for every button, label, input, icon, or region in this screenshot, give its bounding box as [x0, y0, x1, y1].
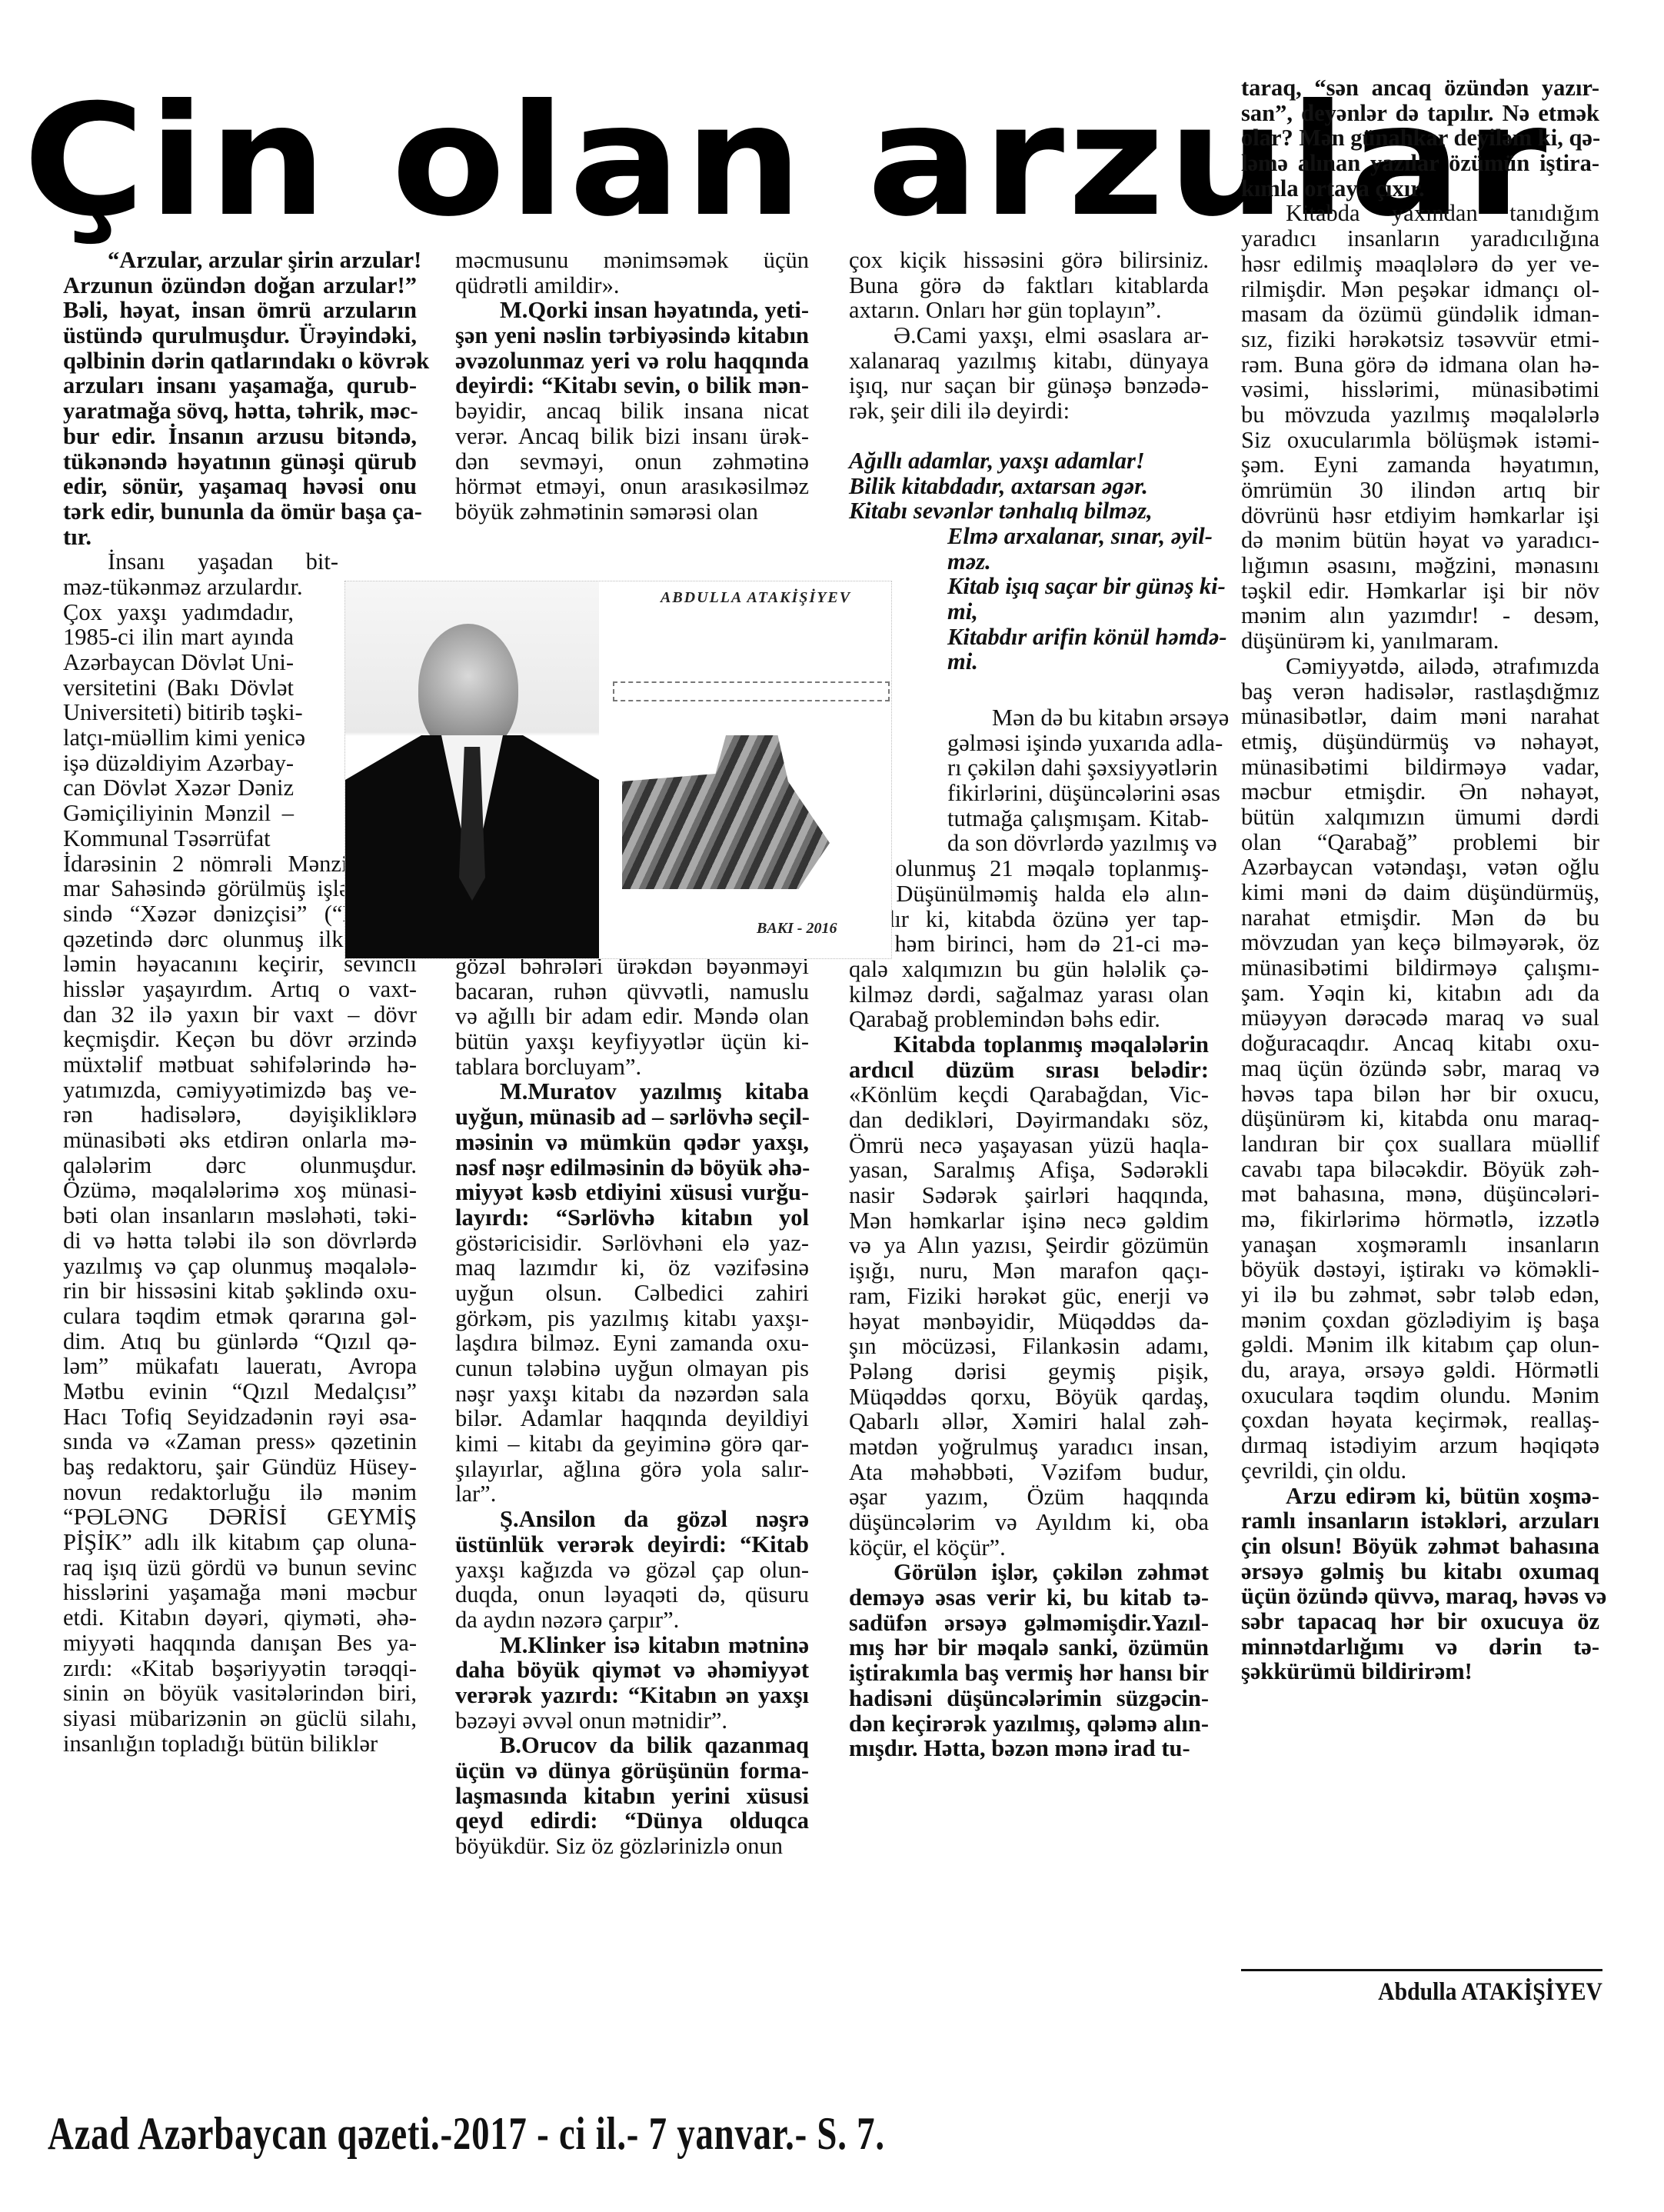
article-paragraph: Arzu edirəm ki, bütün xoşmə-ramlı insanl…	[1241, 1484, 1599, 1685]
text-line: bəzəyi əvvəl onun mətnidir”.	[455, 1708, 809, 1734]
text-line: bəti olan insanların məsləhəti, təki-	[63, 1203, 417, 1228]
text-line: şən yeni nəslin tərbiyəsində kitabın	[455, 323, 809, 348]
article-paragraph: məcmusunu mənimsəmək üçünqüdrətli amildi…	[455, 248, 809, 298]
text-line: həvəs tapa bilən hər bir oxucu,	[1241, 1081, 1599, 1107]
text-line: üçün və dünya görüşünün forma-	[455, 1758, 809, 1784]
text-line: rək, şeir dili ilə deyirdi:	[849, 398, 1209, 424]
text-line: bütün xalqımızın ümumi dərdi	[1241, 805, 1599, 830]
text-line: Arzu edirəm ki, bütün xoşmə-	[1241, 1484, 1599, 1509]
text-line: baş redaktoru, şair Gündüz Hüsey-	[63, 1454, 417, 1480]
article-paragraph: M.Qorki insan həyatında, yeti-şən yeni n…	[455, 298, 809, 524]
text-line: Pələng dərisi geymiş pişik,	[849, 1359, 1209, 1384]
text-line: gəlməsi işində yuxarıda adla-	[947, 731, 1209, 756]
text-line: kilməz dərdi, sağalmaz yarası olan	[849, 982, 1209, 1008]
text-line: tır.	[63, 525, 417, 550]
text-line: etmiş, düşündürmüş və nəhayət,	[1241, 729, 1599, 755]
text-line: Universiteti) bitirib təşki-	[63, 700, 294, 725]
signature-rule	[1241, 1969, 1602, 1971]
poem-line: mi,	[947, 599, 1209, 625]
text-line: köçür, el köçür”.	[849, 1535, 1209, 1561]
text-line: şəkkürümü bildirirəm!	[1241, 1659, 1599, 1684]
text-line: Özümə, məqalələrimə xoş münasi-	[63, 1178, 417, 1203]
text-line: Qarabağ problemindən bəhs edir.	[849, 1007, 1209, 1032]
text-line: həyat mənbəyidir, Müqəddəs da-	[849, 1309, 1209, 1334]
text-line: məcmusunu mənimsəmək üçün	[455, 248, 809, 273]
text-line: və ağıllı bir adam edir. Məndə olan	[455, 1004, 809, 1029]
text-line: hisslər yaşayırdım. Artıq o vaxt-	[63, 977, 417, 1002]
text-line: Mətbu evinin “Qızıl Medalçısı”	[63, 1379, 417, 1404]
text-line: nəsf nəşr edilməsinin də böyük əhə-	[455, 1155, 809, 1181]
text-line: mənim çoxdan gözlədiyim iş başa	[1241, 1308, 1599, 1333]
text-line: axtarın. Onları hər gün toplayın”.	[849, 298, 1209, 323]
text-line: uyğun olsun. Cəlbedici zahiri	[455, 1281, 809, 1306]
text-line: di və hətta tələbi ilə son dövrlərdə	[63, 1228, 417, 1254]
text-line: vəsimi, hisslərimi, münasibətimi	[1241, 377, 1599, 402]
text-line: “PƏLƏNG DƏRİSİ GEYMİŞ	[63, 1504, 417, 1530]
text-line: culara təqdim etmək qərarına gəl-	[63, 1304, 417, 1329]
text-line: insanlığın topladığı bütün biliklər	[63, 1731, 417, 1757]
text-line: çevrildi, çin oldu.	[1241, 1458, 1599, 1484]
article-paragraph: Ş.Ansilon da gözəl nəşrəüstünlük verərək…	[455, 1507, 809, 1632]
book-cover: ABDULLA ATAKİŞİYEV BAKI - 2016	[607, 581, 891, 958]
text-line: məz-tükənməz arzulardır.	[63, 575, 294, 600]
article-paragraph: M.Klinker isə kitabın mətninədaha böyük …	[455, 1633, 809, 1734]
text-line: şın möcüzəsi, Filankəsin adamı,	[849, 1334, 1209, 1359]
text-line: layırdı: “Sərlövhə kitabın yol	[455, 1205, 809, 1231]
text-line: yazılmış və çap olunmuş məqalələ-	[63, 1254, 417, 1279]
text-line: yanaşan xoşməramlı insanların	[1241, 1232, 1599, 1258]
text-line: məsinin və mümkün qədər yaxşı,	[455, 1130, 809, 1155]
text-line: şam. Yəqin ki, kitabın adı da	[1241, 981, 1599, 1006]
article-column-1: “Arzular, arzular şirin arzular!Arzunun …	[63, 248, 417, 1756]
text-line: «Könlüm keçdi Qarabağdan, Vic-	[849, 1082, 1209, 1108]
poem-line: məz.	[947, 549, 1209, 575]
article-column-2-top: məcmusunu mənimsəmək üçünqüdrətli amildi…	[455, 248, 809, 525]
text-line: işıq, nur saçan bir günəşə bənzədə-	[849, 373, 1209, 398]
text-line: bu mövzuda yazılmış məqalələrlə	[1241, 402, 1599, 428]
text-line: Çox yaxşı yadımdadır,	[63, 600, 294, 625]
text-line: üstünlük verərək deyirdi: “Kitab	[455, 1532, 809, 1557]
text-line: Arzunun özündən doğan arzular!”	[63, 273, 417, 298]
text-line: Bəli, həyat, insan ömrü arzuların	[63, 298, 417, 323]
text-line: Azərbaycan Dövlət Uni-	[63, 650, 294, 675]
text-line: 1985-ci ilin mart ayında	[63, 625, 294, 650]
text-line: göstəricisidir. Sərlövhəni elə yaz-	[455, 1231, 809, 1256]
text-line: mə, fikirlərimə hörmətlə, izzətlə	[1241, 1207, 1599, 1232]
text-line: verərək yazırdı: “Kitabın ən yaxşı	[455, 1683, 809, 1708]
text-line: doğuracaqdır. Ancaq kitabı oxu-	[1241, 1031, 1599, 1056]
text-line: düşüncələrim və Ayıldım ki, oba	[849, 1510, 1209, 1535]
article-paragraph: gözəl bəhrələri ürəkdən bəyənməyibacaran…	[455, 954, 809, 1079]
text-line: iştirakımla baş vermiş hər hansı bir	[849, 1661, 1209, 1686]
author-signature: Abdulla ATAKİŞİYEV	[1267, 1978, 1602, 2007]
text-line: Ə.Cami yaxşı, elmi əsaslara ar-	[849, 323, 1209, 348]
text-line: bütün yaxşı keyfiyyətlər üçün ki-	[455, 1029, 809, 1054]
text-line: çin olsun! Böyük zəhmət bahasına	[1241, 1534, 1599, 1559]
poem-line: Kitab işıq saçar bir günəş ki-	[947, 574, 1209, 599]
text-line: Cəmiyyətdə, ailədə, ətrafımızda	[1241, 654, 1599, 679]
text-line: İnsanı yaşadan bit-	[63, 549, 338, 575]
text-line: deyirdi: “Kitabı sevin, o bilik mən-	[455, 373, 809, 398]
text-line: Siz oxucularımla bölüşmək istəmi-	[1241, 428, 1599, 453]
text-line: oxuculara təqdim olundu. Mənim	[1241, 1383, 1599, 1408]
text-line: ram, Fiziki hərəkət güc, enerji və	[849, 1284, 1209, 1309]
text-line: can Dövlət Xəzər Dəniz	[63, 775, 294, 801]
article-paragraph: Kitabda toplanmış məqalələrinardıcıl düz…	[849, 1032, 1209, 1560]
article-paragraph: “Arzular, arzular şirin arzular!Arzunun …	[63, 248, 417, 549]
poem-line: Bilik kitabdadır, axtarsan əgər.	[849, 474, 1209, 499]
text-line: zırdı: «Kitab bəşəriyyətin tərəqqi-	[63, 1656, 417, 1681]
text-line: minnətdarlığımı və dərin tə-	[1241, 1634, 1599, 1660]
text-line: işə düzəldiyim Azərbay-	[63, 751, 294, 776]
text-line: maq lazımdır ki, öz vəzifəsinə	[455, 1255, 809, 1281]
text-line: novun redaktorluğu ilə mənim	[63, 1480, 417, 1505]
text-line: sız, fiziki hərəkətsiz təsəvvür etmi-	[1241, 327, 1599, 352]
text-line: də mənim bütün həyat və yaradıcı-	[1241, 528, 1599, 553]
poem-line: Kitabı sevənlər tənhalıq bilməz,	[849, 498, 1209, 524]
text-line: tərk edir, bununla da ömür başa ça-	[63, 499, 417, 525]
text-line: M.Qorki insan həyatında, yeti-	[455, 298, 809, 323]
text-line: verər. Ancaq bilik bizi insanı ürək-	[455, 424, 809, 449]
text-line: Görülən işlər, çəkilən zəhmət	[849, 1560, 1209, 1585]
text-line: Mən də bu kitabın ərsəyə	[947, 705, 1209, 731]
text-line: münasibəti əks etdirən onlarla mə-	[63, 1128, 417, 1153]
article-photo: ABDULLA ATAKİŞİYEV BAKI - 2016	[344, 581, 892, 959]
text-line: narahat etmişdir. Mən də bu	[1241, 905, 1599, 931]
text-line: landıran bir çox suallara müəllif	[1241, 1131, 1599, 1157]
text-line: böyükdür. Siz öz gözlərinizlə onun	[455, 1834, 809, 1859]
text-line: Hacı Tofiq Seyidzadənin rəyi əsa-	[63, 1404, 417, 1430]
article-column-4: taraq, “sən ancaq özündən yazır-san”, de…	[1241, 75, 1599, 1684]
spacer	[849, 675, 1209, 705]
text-line: hisslərini yaşamağa məni məcbur	[63, 1580, 417, 1605]
text-line: taraq, “sən ancaq özündən yazır-	[1241, 75, 1599, 101]
text-line: dən keçirərək yazılmış, qələmə alın-	[849, 1711, 1209, 1737]
text-line: laşmasında kitabın yerini xüsusi	[455, 1784, 809, 1809]
text-line: dırmaq istədiyim arzum həqiqətə	[1241, 1433, 1599, 1458]
text-line: B.Orucov da bilik qazanmaq	[455, 1733, 809, 1758]
text-line: məcbur etmişdir. Ən nəhayət,	[1241, 779, 1599, 805]
poem-line: Ağıllı adamlar, yaxşı adamlar!	[849, 448, 1209, 474]
text-line: raq işıq üzü gördü və bunun sevinc	[63, 1555, 417, 1581]
text-line: rən hadisələrə, dəyişikliklərə	[63, 1102, 417, 1128]
text-line: tutmağa çalışmışam. Kitab-	[947, 806, 1209, 831]
text-line: görkəm, pis yazılmış kitabı yaxşı-	[455, 1306, 809, 1331]
text-line: ərsəyə gəlmiş bu kitabı oxumaq	[1241, 1559, 1599, 1584]
text-line: rəm. Buna görə də idmana olan hə-	[1241, 352, 1599, 378]
text-line: münasibətimi bildirməyə çalışmı-	[1241, 955, 1599, 981]
text-line: Ata məhəbbəti, Vəzifəm budur,	[849, 1460, 1209, 1485]
text-line: qəlbinin dərin qatlarındakı o kövrək	[63, 348, 417, 374]
text-line: PİŞİK” adlı ilk kitabım çap oluna-	[63, 1530, 417, 1555]
text-line: rı çəkilən dahi şəxsiyyətlərin	[947, 755, 1209, 781]
text-line: qalə xalqımızın bu gün hələlik çə-	[849, 957, 1209, 982]
text-line: arzuları insanı yaşamağa, qurub-	[63, 373, 417, 398]
text-line: du, araya, ərsəyə gəldi. Hörmətli	[1241, 1358, 1599, 1383]
text-line: deməyə əsas verir ki, bu kitab tə-	[849, 1585, 1209, 1611]
text-line: üstündə qurulmuşdur. Ürəyindəki,	[63, 323, 417, 348]
text-line: qeyd edirdi: “Dünya olduqca	[455, 1808, 809, 1834]
text-line: üçün özündə qüvvə, maraq, həvəs və	[1241, 1584, 1599, 1609]
text-line: münasibətlər, daim məni narahat	[1241, 704, 1599, 729]
article-paragraph: Kitabda yaxından tanıdığımyaradıcı insan…	[1241, 201, 1599, 653]
text-line: yaxşı kağızda və gözəl çap olun-	[455, 1557, 809, 1583]
text-line: miyyəti haqqında danışan Bes ya-	[63, 1631, 417, 1656]
article-column-2-bottom: gözəl bəhrələri ürəkdən bəyənməyibacaran…	[455, 954, 809, 1859]
text-line: lar”.	[455, 1481, 809, 1507]
text-line: keçmişdir. Keçən bu dövr ərzində	[63, 1027, 417, 1052]
cover-city: BAKI - 2016	[757, 920, 837, 938]
text-line: ramlı insanların istəkləri, arzuları	[1241, 1508, 1599, 1534]
text-line: bacaran, ruhən qüvvətli, namuslu	[455, 979, 809, 1004]
article-paragraph: çox kiçik hissəsini görə bilirsiniz.Buna…	[849, 248, 1209, 323]
text-line: əvəzolunmaz yeri və rolu haqqında	[455, 348, 809, 374]
text-line: çox kiçik hissəsini görə bilirsiniz.	[849, 248, 1209, 273]
text-line: daha böyük qiymət və əhəmiyyət	[455, 1657, 809, 1683]
text-line: Kommunal Təsərrüfat	[63, 826, 294, 851]
text-line: müəyyən dərəcədə maraq və sual	[1241, 1005, 1599, 1031]
text-line: Ömrü necə yaşayasan yüzü haqla-	[849, 1133, 1209, 1158]
text-line: dır. Düşünülməmiş halda elə alın-	[849, 881, 1209, 907]
text-line: dən sevməyi, onun zəhmətinə	[455, 449, 809, 475]
text-line: təşkil edir. Həmkarlar işi bir növ	[1241, 578, 1599, 604]
text-line: şılayırlar, ağlına görə yola salır-	[455, 1457, 809, 1482]
text-line: “Arzular, arzular şirin arzular!	[63, 248, 417, 273]
text-line: xalanaraq yazılmış kitabı, dünyaya	[849, 348, 1209, 374]
text-line: mışdır ki, kitabda özünə yer tap-	[849, 907, 1209, 932]
text-line: tükənəndə həyatının günəşi qürub	[63, 449, 417, 475]
text-line: böyük dəstəyi, iştirakı və köməkli-	[1241, 1257, 1599, 1282]
text-line: düşünürəm ki, yanılmaram.	[1241, 628, 1599, 654]
text-line: versitetini (Bakı Dövlət	[63, 675, 294, 701]
text-line: latçı-müəllim kimi yenicə	[63, 725, 294, 751]
text-line: yaradıcı insanların yaradıcılığına	[1241, 226, 1599, 252]
text-line: siyasi mübarizənin ən güclü silahı,	[63, 1706, 417, 1731]
text-line: uyğun, münasib ad – sərlövhə seçil-	[455, 1104, 809, 1130]
text-line: mış hər bir məqalə sanki, özümün	[849, 1635, 1209, 1661]
cover-title-box	[613, 681, 890, 701]
cover-author: ABDULLA ATAKİŞİYEV	[661, 589, 851, 607]
text-line: işığı, nuru, Mən marafon qaçı-	[849, 1258, 1209, 1284]
text-line: olan “Qarabağ” problemi bir	[1241, 830, 1599, 855]
text-line: Gəmiçiliyinin Mənzil –	[63, 801, 294, 826]
text-line: ömrümün 30 ilindən artıq bir	[1241, 478, 1599, 503]
text-line: hörmət etməyi, onun arasıkəsilməz	[455, 474, 809, 499]
article-headline: Çin olan arzular	[23, 73, 1293, 250]
text-line: müxtəlif mətbuat səhifələrində hə-	[63, 1052, 417, 1078]
text-line: yasan, Saralmış Afişa, Sədərəkli	[849, 1158, 1209, 1183]
text-line: Azərbaycan vətəndaşı, vətən oğlu	[1241, 854, 1599, 880]
article-paragraph: Ə.Cami yaxşı, elmi əsaslara ar-xalanaraq…	[849, 323, 1209, 424]
text-line: tablara borcluyam”.	[455, 1054, 809, 1080]
text-line: lığımın əsasını, məğzini, mənasını	[1241, 553, 1599, 578]
text-line: dim. Atıq bu günlərdə “Qızıl qə-	[63, 1329, 417, 1354]
text-line: laşdıra bilməz. Eyni zamanda oxu-	[455, 1331, 809, 1356]
text-line: bur edir. İnsanın arzusu bitəndə,	[63, 424, 417, 449]
text-line: da aydın nəzərə çarpır”.	[455, 1607, 809, 1633]
text-line: bilər. Adamlar haqqında deyildiyi	[455, 1406, 809, 1431]
text-line: da son dövrlərdə yazılmış və	[947, 831, 1209, 856]
portrait-head	[418, 624, 518, 755]
spacer	[849, 424, 1209, 448]
text-line: Müqəddəs qorxu, Böyük qardaş,	[849, 1384, 1209, 1410]
text-line: əşar yazım, Özüm haqqında	[849, 1484, 1209, 1510]
text-line: Qabarlı əllər, Xəmiri halal zəh-	[849, 1409, 1209, 1434]
text-line: M.Muratov yazılmış kitaba	[455, 1079, 809, 1104]
text-line: masam da özümü gündəlik idman-	[1241, 301, 1599, 327]
text-line: mət bahasına, mənə, düşüncələri-	[1241, 1181, 1599, 1207]
text-line: Buna görə də faktları kitablarda	[849, 273, 1209, 298]
text-line: olar? Mən günahkar deyiləm ki, qə-	[1241, 125, 1599, 151]
text-line: və ya Alın yazısı, Şeirdir gözümün	[849, 1233, 1209, 1258]
text-line: Kitabda toplanmış məqalələrin	[849, 1032, 1209, 1058]
text-line: dövrünü həsr etdiyim həmkarlar işi	[1241, 503, 1599, 528]
text-line: kımla ortaya çıxır.	[1241, 176, 1599, 202]
text-line: mətdən yoğrulmuş yaradıcı insan,	[849, 1434, 1209, 1460]
text-line: cunun tələbinə uyğun olmayan pis	[455, 1356, 809, 1381]
text-line: nəşr yaxşı kitabı da nəzərdən sala	[455, 1381, 809, 1407]
text-line: ardıcıl düzüm sırası belədir:	[849, 1058, 1209, 1083]
text-line: bəyidir, ancaq bilik insana nicat	[455, 398, 809, 424]
text-line: M.Klinker isə kitabın mətninə	[455, 1633, 809, 1658]
source-citation: Azad Azərbaycan qəzeti.-2017 - ci il.- 7…	[48, 2107, 885, 2160]
text-line: miyyət kəsb etdiyini xüsusi vurğu-	[455, 1180, 809, 1205]
poem-line: Elmə arxalanar, sınar, əyil-	[947, 524, 1209, 549]
text-line: kimi məni də daim düşündürmüş,	[1241, 880, 1599, 905]
text-line: cavabı tapa biləcəkdir. Böyük zəh-	[1241, 1157, 1599, 1182]
text-line: maq üçün özündə səbr, maraq və	[1241, 1056, 1599, 1081]
text-line: çap olunmuş 21 məqalə toplanmış-	[849, 856, 1209, 881]
text-line: düşünürəm ki, kitabda onu maraq-	[1241, 1106, 1599, 1131]
article-paragraph: taraq, “sən ancaq özündən yazır-san”, de…	[1241, 75, 1599, 201]
article-paragraph: Mən də bu kitabın ərsəyəgəlməsi işində y…	[849, 705, 1209, 1032]
poem-line: Kitabdır arifin könül həmdə-	[947, 625, 1209, 650]
text-line: şəm. Eyni zamanda həyatımın,	[1241, 452, 1599, 478]
text-line: ləmə alınan yazılar özümün iştira-	[1241, 151, 1599, 176]
text-line: böyük zəhmətinin səmərəsi olan	[455, 499, 809, 525]
text-line: mış həm birinci, həm də 21-ci mə-	[849, 931, 1209, 957]
text-line: dan dedikləri, Dəyirmandakı söz,	[849, 1108, 1209, 1133]
article-paragraph: M.Muratov yazılmış kitabauyğun, münasib …	[455, 1079, 809, 1507]
article-paragraph: B.Orucov da bilik qazanmaqüçün və dünya …	[455, 1733, 809, 1858]
text-line: Ş.Ansilon da gözəl nəşrə	[455, 1507, 809, 1532]
text-line: kimi – kitabı da geyiminə görə qar-	[455, 1431, 809, 1457]
text-line: qalələrim dərc olunmuşdur.	[63, 1153, 417, 1178]
text-line: hadisəni düşüncələrimin süzgəcin-	[849, 1686, 1209, 1711]
poem-line: mi.	[947, 649, 1209, 675]
text-line: Mən həmkarlar işinə necə gəldim	[849, 1208, 1209, 1234]
text-line: rin bir hissəsini kitab şəklində oxu-	[63, 1278, 417, 1304]
text-line: səbr tapacaq hər bir oxucuya öz	[1241, 1609, 1599, 1634]
text-line: yi ilə bu zəhmət, səbr tələb edən,	[1241, 1282, 1599, 1308]
text-line: çoxdan həyata keçirmək, reallaş-	[1241, 1407, 1599, 1433]
text-line: rilmişdir. Mən peşəkar idmançı ol-	[1241, 277, 1599, 302]
text-line: mövzudan yan keçə bilməyərək, öz	[1241, 930, 1599, 955]
text-line: duqda, onun ləyaqəti də, qüsuru	[455, 1582, 809, 1607]
article-paragraph: İdarəsinin 2 nömrəli Mənzil İstis-mar Sa…	[63, 851, 417, 1757]
text-line: baş verən hadisələr, rastlaşdığmız	[1241, 679, 1599, 705]
text-line: qüdrətli amildir».	[455, 273, 809, 298]
text-line: edir, sönür, yaşamaq həvəsi onu	[63, 474, 417, 499]
text-line: yaratmağa sövq, hətta, təhrik, məc-	[63, 398, 417, 424]
text-line: fikirlərini, düşüncələrini əsas	[947, 781, 1209, 806]
text-line: ləm” mükafatı laueratı, Avropa	[63, 1354, 417, 1379]
article-column-3: çox kiçik hissəsini görə bilirsiniz.Buna…	[849, 248, 1209, 1761]
author-portrait	[345, 581, 599, 958]
text-line: mışdır. Hətta, bəzən mənə irad tu-	[849, 1736, 1209, 1761]
text-line: mənim alın yazımdır! - desəm,	[1241, 603, 1599, 628]
text-line: həsr edilmiş məaqlələrə də yer ve-	[1241, 252, 1599, 277]
text-line: sında və «Zaman press» qəzetinin	[63, 1429, 417, 1454]
tiger-image-icon	[622, 735, 830, 889]
text-line: yatımızda, cəmiyyətimizdə baş ve-	[63, 1078, 417, 1103]
poem-quote: Ağıllı adamlar, yaxşı adamlar!Bilik kita…	[849, 448, 1209, 675]
text-line: nasir Sədərək şairləri haqqında,	[849, 1183, 1209, 1208]
text-line: münasibətimi bildirməyə vadar,	[1241, 755, 1599, 780]
article-paragraph: Görülən işlər, çəkilən zəhmətdeməyə əsas…	[849, 1560, 1209, 1761]
text-line: dan 32 ilə yaxın bir vaxt – dövr	[63, 1002, 417, 1028]
text-line: san”, deyənlər də tapılır. Nə etmək	[1241, 101, 1599, 126]
text-line: Kitabda yaxından tanıdığım	[1241, 201, 1599, 226]
text-line: sinin ən böyük vasitələrindən biri,	[63, 1681, 417, 1706]
text-line: etdi. Kitabın dəyəri, qiyməti, əhə-	[63, 1605, 417, 1631]
text-line: sadüfən ərsəyə gəlməmişdir.Yazıl-	[849, 1611, 1209, 1636]
text-line: gəldi. Mənim ilk kitabım çap olun-	[1241, 1332, 1599, 1358]
article-paragraph: Cəmiyyətdə, ailədə, ətrafımızdabaş verən…	[1241, 654, 1599, 1484]
